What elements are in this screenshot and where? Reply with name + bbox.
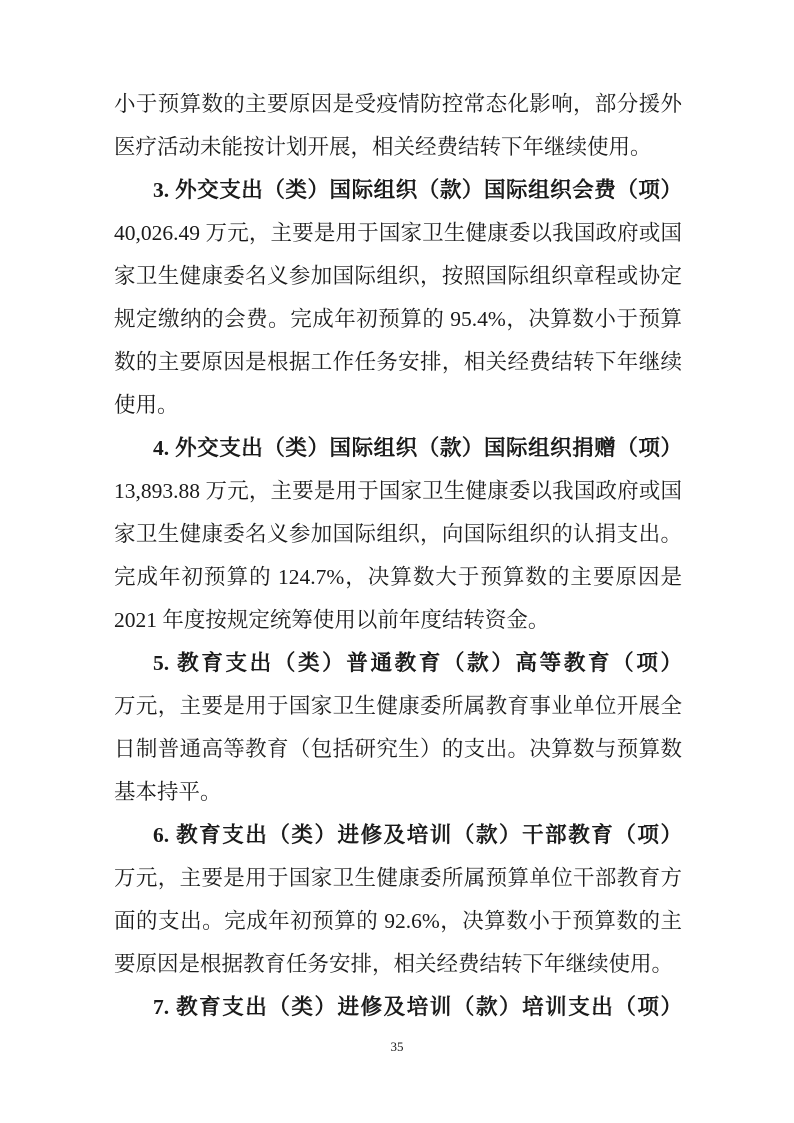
paragraph-heading-line: 7. 教育支出（类）进修及培训（款）培训支出（项）347.83	[114, 986, 682, 1029]
body-text: 40,026.49 万元，主要是用于国家卫生健康委以我国政府或国	[114, 221, 682, 245]
heading-text: 7. 教育支出（类）进修及培训（款）培训支出（项）	[153, 995, 682, 1019]
paragraph-line: 2021 年度按规定统筹使用以前年度结转资金。	[114, 599, 682, 642]
document-page: 小于预算数的主要原因是受疫情防控常态化影响，部分援外医疗活动未能按计划开展，相关…	[0, 0, 794, 1123]
body-text: 面的支出。完成年初预算的 92.6%，决算数小于预算数的主	[114, 909, 682, 933]
paragraph-line: 完成年初预算的 124.7%，决算数大于预算数的主要原因是	[114, 556, 682, 599]
paragraph-heading-line: 6. 教育支出（类）进修及培训（款）干部教育（项）177.52	[114, 814, 682, 857]
body-text: 医疗活动未能按计划开展，相关经费结转下年继续使用。	[114, 135, 652, 159]
body-text: 使用。	[114, 393, 179, 417]
paragraph-line: 基本持平。	[114, 771, 682, 814]
body-text: 要原因是根据教育任务安排，相关经费结转下年继续使用。	[114, 952, 673, 976]
text-block: 小于预算数的主要原因是受疫情防控常态化影响，部分援外医疗活动未能按计划开展，相关…	[114, 83, 682, 1029]
paragraph-heading-line: 3. 外交支出（类）国际组织（款）国际组织会费（项）	[114, 169, 682, 212]
body-text: 家卫生健康委名义参加国际组织，按照国际组织章程或协定	[114, 264, 682, 288]
heading-text: 4. 外交支出（类）国际组织（款）国际组织捐赠（项）	[153, 436, 682, 460]
paragraph-line: 数的主要原因是根据工作任务安排，相关经费结转下年继续	[114, 341, 682, 384]
paragraph-heading-line: 5. 教育支出（类）普通教育（款）高等教育（项）49,098.84	[114, 642, 682, 685]
paragraph-line: 日制普通高等教育（包括研究生）的支出。决算数与预算数	[114, 728, 682, 771]
paragraph-line: 万元，主要是用于国家卫生健康委所属预算单位干部教育方	[114, 857, 682, 900]
heading-text: 6. 教育支出（类）进修及培训（款）干部教育（项）	[153, 823, 682, 847]
body-text: 日制普通高等教育（包括研究生）的支出。决算数与预算数	[114, 737, 682, 761]
paragraph-line: 医疗活动未能按计划开展，相关经费结转下年继续使用。	[114, 126, 682, 169]
paragraph-line: 小于预算数的主要原因是受疫情防控常态化影响，部分援外	[114, 83, 682, 126]
paragraph-line: 家卫生健康委名义参加国际组织，按照国际组织章程或协定	[114, 255, 682, 298]
paragraph-heading-line: 4. 外交支出（类）国际组织（款）国际组织捐赠（项）	[114, 427, 682, 470]
body-text: 小于预算数的主要原因是受疫情防控常态化影响，部分援外	[114, 92, 682, 116]
paragraph-line: 家卫生健康委名义参加国际组织，向国际组织的认捐支出。	[114, 513, 682, 556]
body-text: 万元，主要是用于国家卫生健康委所属预算单位干部教育方	[114, 866, 682, 890]
paragraph-line: 13,893.88 万元，主要是用于国家卫生健康委以我国政府或国	[114, 470, 682, 513]
heading-text: 3. 外交支出（类）国际组织（款）国际组织会费（项）	[153, 178, 682, 202]
paragraph-line: 面的支出。完成年初预算的 92.6%，决算数小于预算数的主	[114, 900, 682, 943]
body-text: 万元，主要是用于国家卫生健康委所属教育事业单位开展全	[114, 694, 682, 718]
body-text: 2021 年度按规定统筹使用以前年度结转资金。	[114, 608, 549, 632]
paragraph-line: 万元，主要是用于国家卫生健康委所属教育事业单位开展全	[114, 685, 682, 728]
body-text: 完成年初预算的 124.7%，决算数大于预算数的主要原因是	[114, 565, 682, 589]
body-text: 数的主要原因是根据工作任务安排，相关经费结转下年继续	[114, 350, 682, 374]
paragraph-line: 规定缴纳的会费。完成年初预算的 95.4%，决算数小于预算	[114, 298, 682, 341]
body-text: 家卫生健康委名义参加国际组织，向国际组织的认捐支出。	[114, 522, 682, 546]
paragraph-line: 要原因是根据教育任务安排，相关经费结转下年继续使用。	[114, 943, 682, 986]
body-text: 规定缴纳的会费。完成年初预算的 95.4%，决算数小于预算	[114, 307, 682, 331]
heading-text: 5. 教育支出（类）普通教育（款）高等教育（项）	[153, 651, 682, 675]
body-text: 13,893.88 万元，主要是用于国家卫生健康委以我国政府或国	[114, 479, 682, 503]
page-footer: 35	[0, 1038, 794, 1056]
page-number: 35	[391, 1039, 404, 1054]
body-text: 基本持平。	[114, 780, 222, 804]
paragraph-line: 使用。	[114, 384, 682, 427]
paragraph-line: 40,026.49 万元，主要是用于国家卫生健康委以我国政府或国	[114, 212, 682, 255]
